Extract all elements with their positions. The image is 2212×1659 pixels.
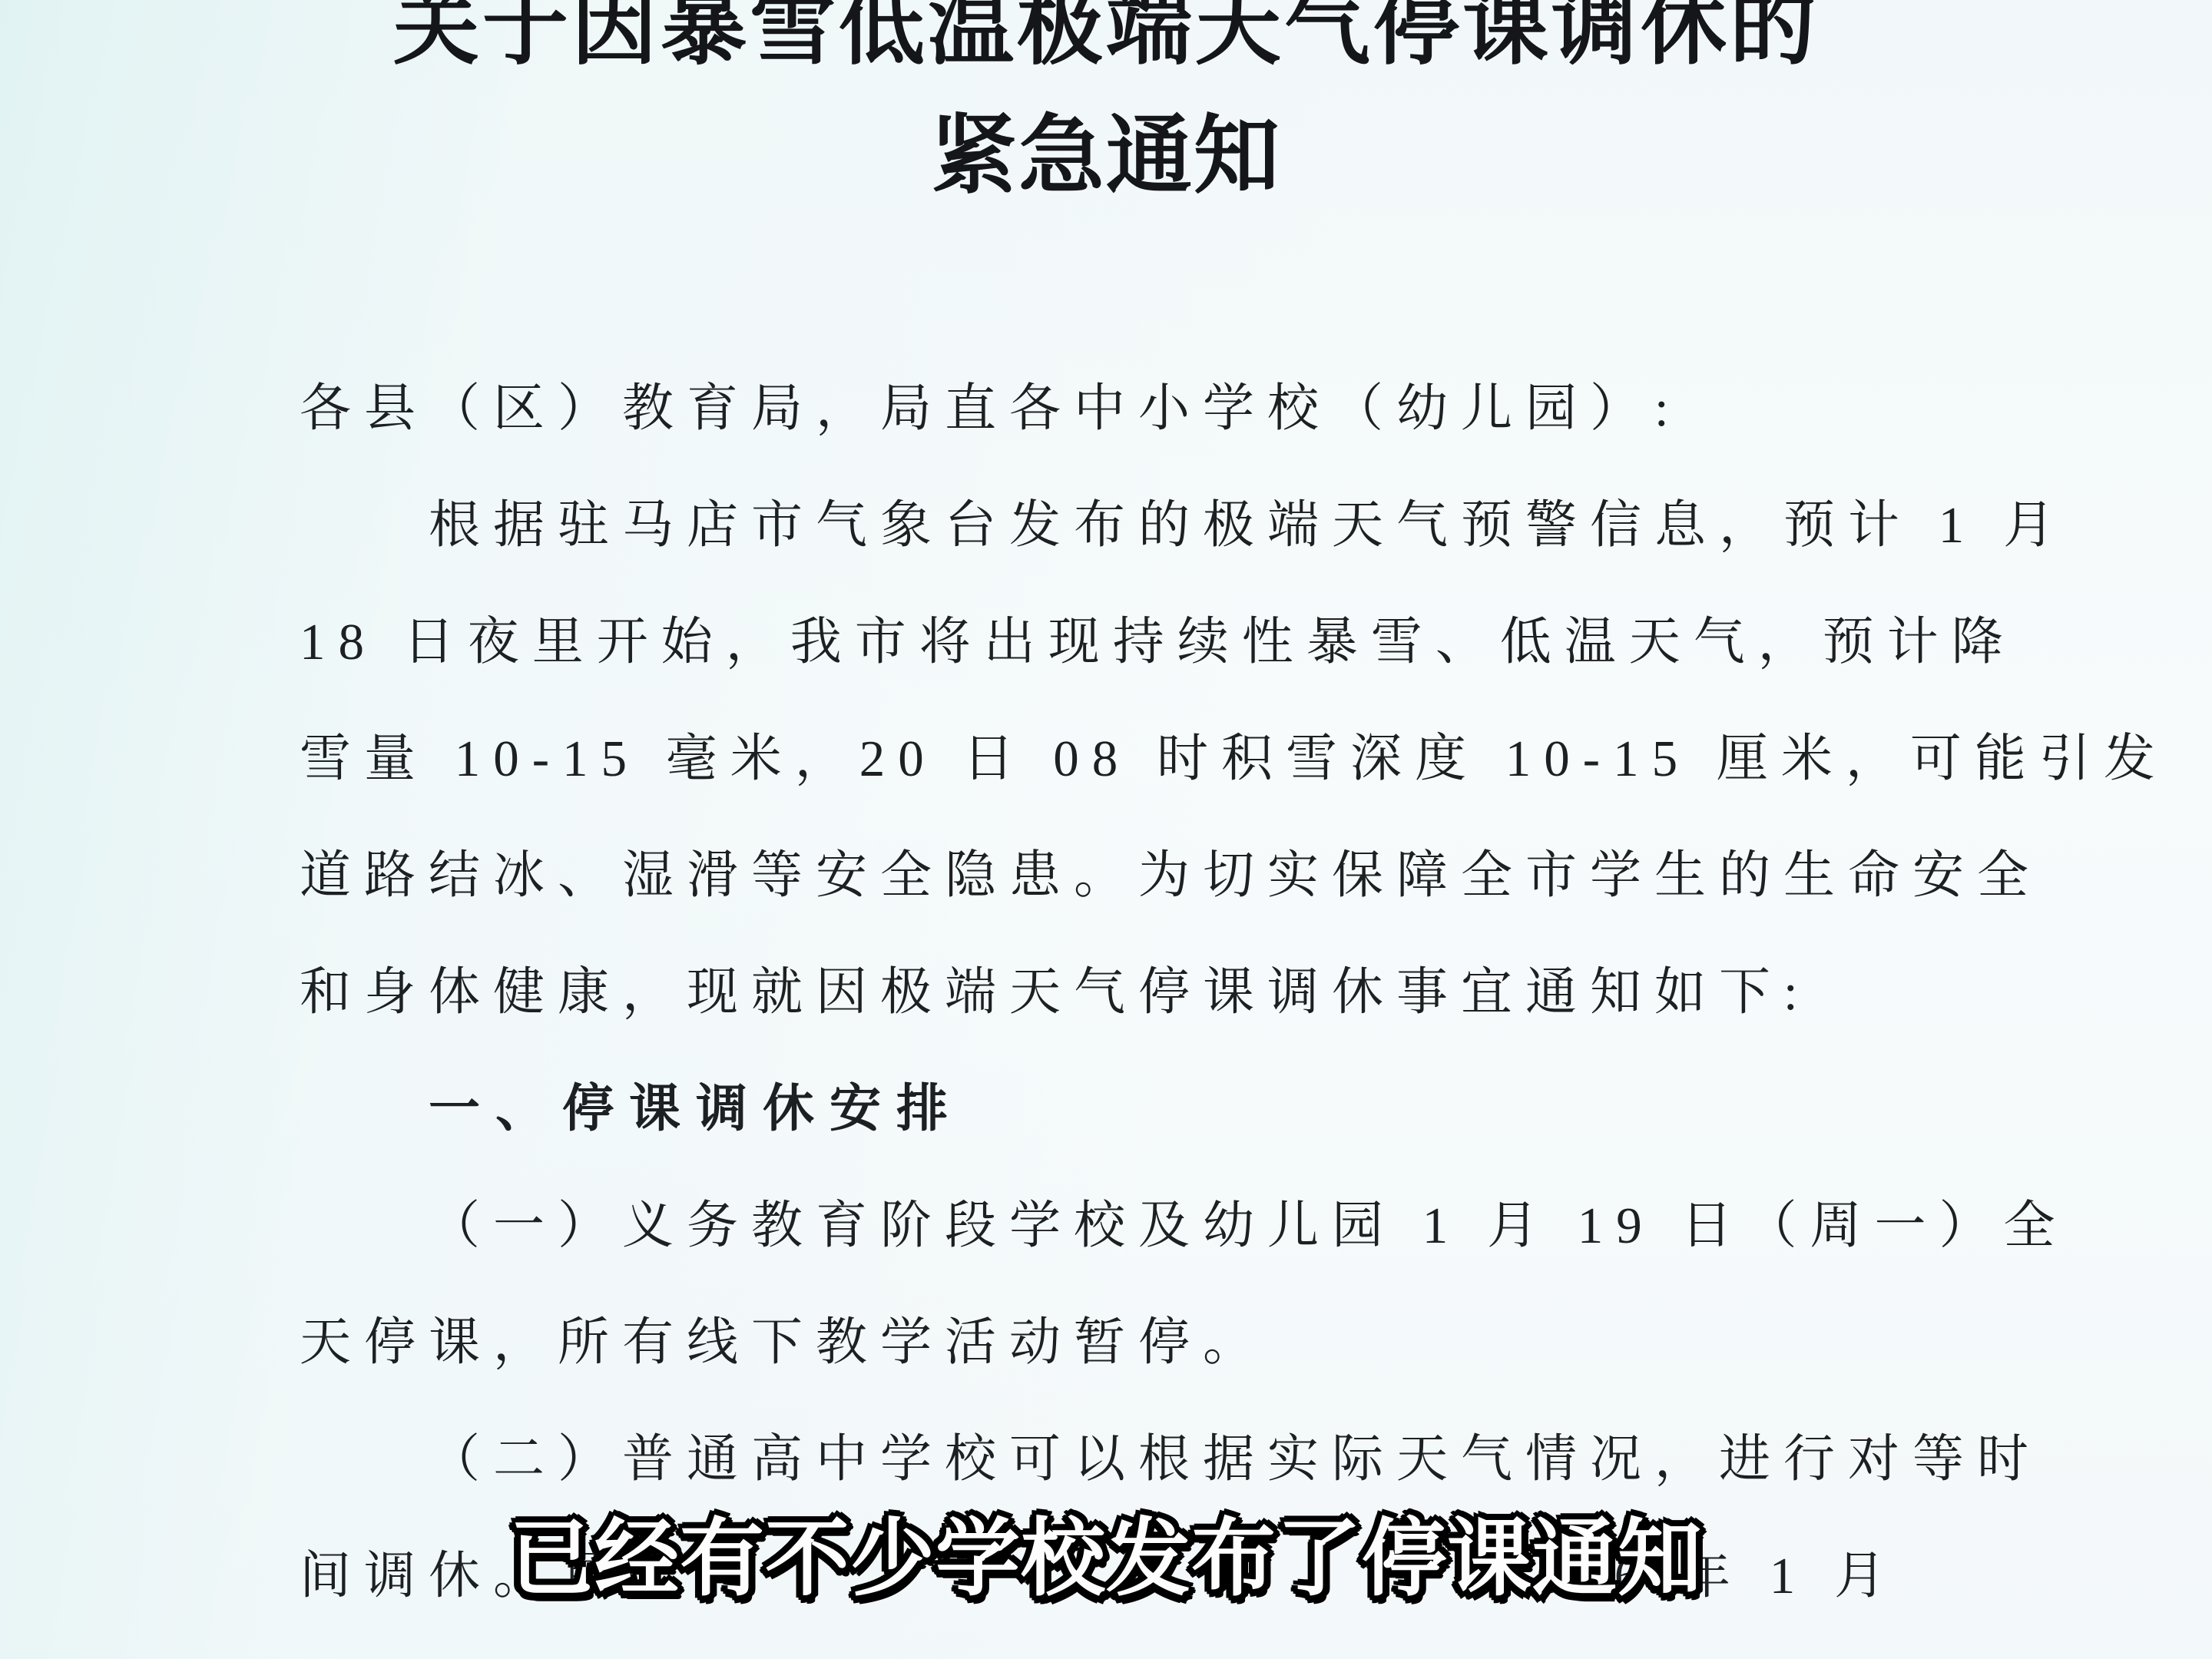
notice-document-page: 关于因暴雪低温极端天气停课调休的 紧急通知 各县（区）教育局，局直各中小学校（幼… bbox=[0, 0, 2212, 1659]
body-line: 天停课，所有线下教学活动暂停。 bbox=[300, 1310, 1920, 1427]
body-line: 雪量 10-15 毫米，20 日 08 时积雪深度 10-15 厘米，可能引发 bbox=[300, 727, 1920, 843]
body-line-salutation: 各县（区）教育局，局直各中小学校（幼儿园）: bbox=[300, 376, 1920, 493]
video-subtitle-overlay: 已经有不少学校发布了停课通知 bbox=[509, 1510, 1703, 1608]
body-line: 和身体健康，现就因极端天气停课调休事宜通知如下: bbox=[300, 960, 1920, 1077]
notice-title-line1: 关于因暴雪低温极端天气停课调休的 bbox=[0, 0, 2212, 75]
body-line: 根据驻马店市气象台发布的极端天气预警信息，预计 1 月 bbox=[300, 493, 1920, 610]
body-line: 道路结冰、湿滑等安全隐患。为切实保障全市学生的生命安全 bbox=[300, 843, 1920, 960]
body-line: （一）义务教育阶段学校及幼儿园 1 月 19 日（周一）全 bbox=[300, 1194, 1920, 1310]
notice-title-line2: 紧急通知 bbox=[0, 109, 2212, 204]
body-line: 18 日夜里开始，我市将出现持续性暴雪、低温天气，预计降 bbox=[300, 610, 1920, 727]
body-section-heading: 一、停课调休安排 bbox=[300, 1077, 1920, 1194]
notice-body: 各县（区）教育局，局直各中小学校（幼儿园）: 根据驻马店市气象台发布的极端天气预… bbox=[300, 376, 1920, 1659]
